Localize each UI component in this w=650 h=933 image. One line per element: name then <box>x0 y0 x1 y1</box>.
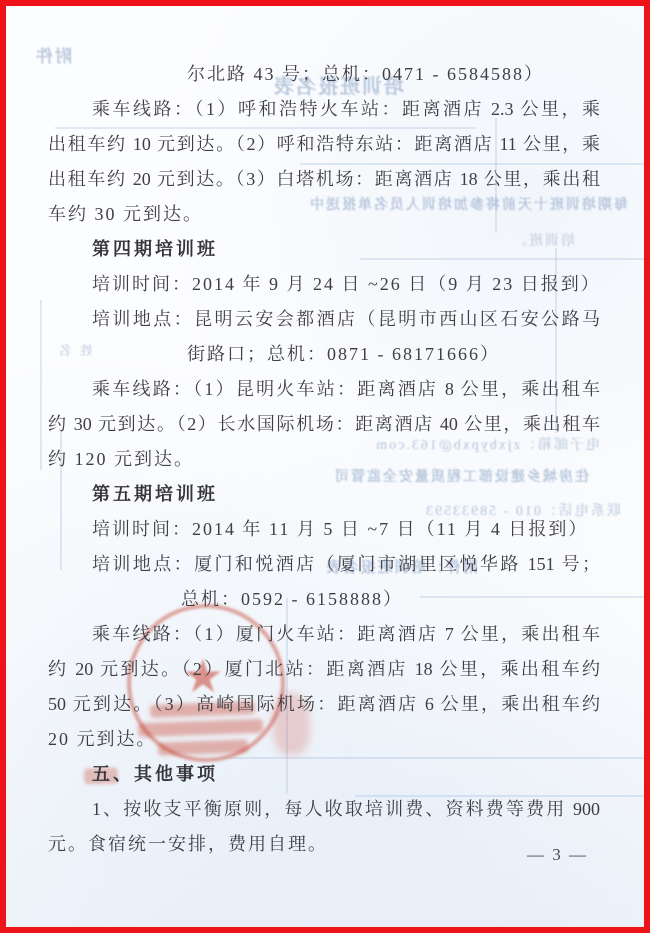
text-line: 乘车线路：（1）呼和浩特火车站：距离酒店 2.3 公里，乘 <box>48 92 600 127</box>
text-line: 培训地点：昆明云安会都酒店（昆明市西山区石安公路马 <box>48 302 600 337</box>
text-line: 培训地点：厦门和悦酒店（厦门市湖里区悦华路 151 号； <box>48 547 600 582</box>
text-line: 尔北路 43 号；总机：0471 - 6584588） <box>48 57 600 92</box>
heading-line: 五、其他事项 <box>48 757 600 792</box>
text-line: 出租车约 20 元到达。（3）白塔机场：距离酒店 18 公里，乘出租 <box>48 162 600 197</box>
text-line: 出租车约 10 元到达。（2）呼和浩特东站：距离酒店 11 公里，乘 <box>48 127 600 162</box>
text-line: 培训时间：2014 年 11 月 5 日 ~7 日（11 月 4 日报到） <box>48 512 600 547</box>
heading-line: 第四期培训班 <box>48 232 600 267</box>
text-line: 约 120 元到达。 <box>48 442 600 477</box>
document-text: 尔北路 43 号；总机：0471 - 6584588）乘车线路：（1）呼和浩特火… <box>48 57 600 862</box>
text-line: 20 元到达。 <box>48 722 600 757</box>
page-number: — 3 — <box>527 845 588 865</box>
text-line: 元。食宿统一安排，费用自理。 <box>48 827 600 862</box>
text-line: 约 20 元到达。（2）厦门北站：距离酒店 18 公里，乘出租车约 <box>48 652 600 687</box>
text-line: 培训时间：2014 年 9 月 24 日 ~26 日（9 月 23 日报到） <box>48 267 600 302</box>
text-line: 1、按收支平衡原则，每人收取培训费、资料费等费用 900 <box>48 792 600 827</box>
scanned-document-page: { "page_number": "— 3 —", "colors": { "f… <box>0 0 650 933</box>
text-line: 约 30 元到达。（2）长水国际机场：距离酒店 40 公里，乘出租车 <box>48 407 600 442</box>
text-line: 总机：0592 - 6158888） <box>48 582 600 617</box>
text-line: 乘车线路：（1）昆明火车站：距离酒店 8 公里，乘出租车 <box>48 372 600 407</box>
text-line: 街路口；总机：0871 - 68171666） <box>48 337 600 372</box>
heading-line: 第五期培训班 <box>48 477 600 512</box>
text-line: 50 元到达。（3）高崎国际机场：距离酒店 6 公里，乘出租车约 <box>48 687 600 722</box>
text-line: 乘车线路：（1）厦门火车站：距离酒店 7 公里，乘出租车 <box>48 617 600 652</box>
bleedthrough-grid-line <box>40 300 42 470</box>
text-line: 车约 30 元到达。 <box>48 197 600 232</box>
